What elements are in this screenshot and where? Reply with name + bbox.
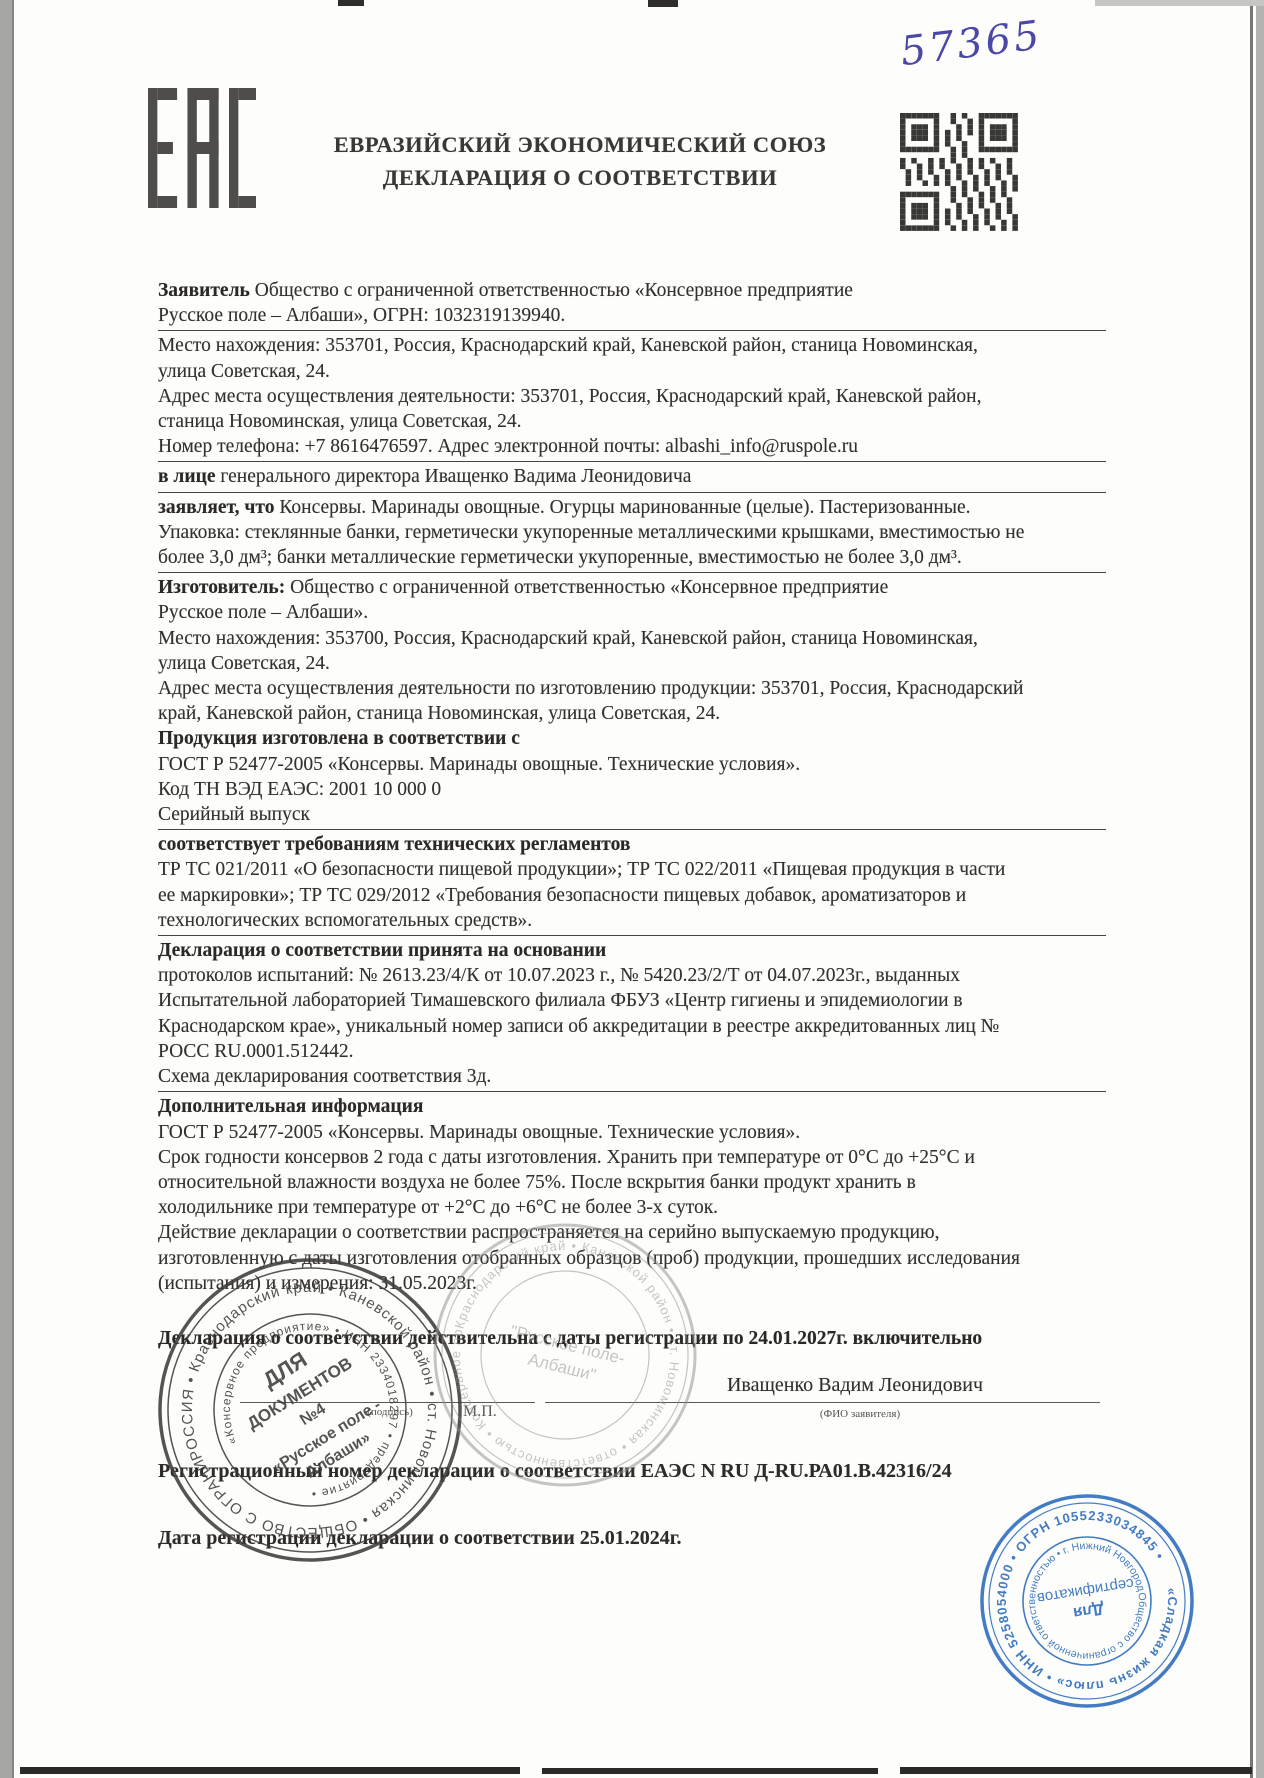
registration-date-line: Дата регистрации декларации о соответств… bbox=[158, 1527, 682, 1550]
title-line-2: ДЕКЛАРАЦИЯ О СООТВЕТСТВИИ bbox=[300, 161, 860, 194]
line-production-address-2: край, Каневской район, станица Новоминск… bbox=[158, 701, 1106, 726]
line-additional-gost: ГОСТ Р 52477-2005 «Консервы. Маринады ов… bbox=[158, 1120, 1106, 1145]
field-label: Декларация о соответствии принята на осн… bbox=[158, 940, 606, 961]
field-text: ГОСТ Р 52477-2005 «Консервы. Маринады ов… bbox=[158, 1122, 800, 1143]
field-text: Серийный выпуск bbox=[158, 804, 310, 825]
scan-line-left bbox=[12, 0, 14, 1778]
field-text: Упаковка: стеклянные банки, герметически… bbox=[158, 522, 1024, 543]
scan-mark-top bbox=[338, 0, 364, 6]
field-text: Общество с ограниченной ответственностью… bbox=[250, 280, 853, 301]
line-validity-scope-3: (испытания) и измерения: 31.05.2023г. bbox=[158, 1271, 1106, 1296]
field-text: Адрес места осуществления деятельности п… bbox=[158, 678, 1023, 699]
field-text: Консервы. Маринады овощные. Огурцы марин… bbox=[275, 497, 971, 518]
line-validity-scope-2: изготовленную с даты изготовления отобра… bbox=[158, 1246, 1106, 1271]
line-manufacturer-2: Русское поле – Албаши». bbox=[158, 600, 1106, 625]
line-location: Место нахождения: 353701, Россия, Красно… bbox=[158, 333, 1106, 358]
line-protocols-4: РОСС RU.0001.512442. bbox=[158, 1039, 1106, 1064]
field-label: Изготовитель: bbox=[158, 577, 285, 598]
line-activity-address-2: станица Новоминская, улица Советская, 24… bbox=[158, 409, 1106, 434]
scanned-declaration-page: { "colors": {"ink":"#33312d","stamp_blue… bbox=[0, 0, 1264, 1778]
field-text: край, Каневской район, станица Новоминск… bbox=[158, 703, 720, 724]
field-text: холодильнике при температуре от +2°С до … bbox=[158, 1197, 718, 1218]
line-declaration-scheme: Схема декларирования соответствия 3д. bbox=[158, 1064, 1106, 1092]
line-serial-production: Серийный выпуск bbox=[158, 802, 1106, 830]
field-text: Место нахождения: 353700, Россия, Красно… bbox=[158, 628, 978, 649]
applicant-name-caption: (ФИО заявителя) bbox=[700, 1408, 1020, 1420]
line-manufacturer-location: Место нахождения: 353700, Россия, Красно… bbox=[158, 626, 1106, 651]
field-text: протоколов испытаний: № 2613.23/4/К от 1… bbox=[158, 965, 960, 986]
field-text: более 3,0 дм³; банки металлические герме… bbox=[158, 547, 962, 568]
field-text: относительной влажности воздуха не более… bbox=[158, 1172, 916, 1193]
line-represented-by: в лице генерального директора Иващенко В… bbox=[158, 464, 1106, 492]
line-shelf-life: Срок годности консервов 2 года с даты из… bbox=[158, 1145, 1106, 1170]
field-label: Декларация о соответствии действительна … bbox=[158, 1328, 982, 1349]
scan-mark-top bbox=[1095, 0, 1264, 6]
field-text: станица Новоминская, улица Советская, 24… bbox=[158, 411, 521, 432]
line-applicant: Заявитель Общество с ограниченной ответс… bbox=[158, 278, 1106, 303]
line-declares: заявляет, что Консервы. Маринады овощные… bbox=[158, 495, 1106, 520]
line-production-address: Адрес места осуществления деятельности п… bbox=[158, 676, 1106, 701]
field-label: в лице bbox=[158, 466, 215, 487]
document-title: ЕВРАЗИЙСКИЙ ЭКОНОМИЧЕСКИЙ СОЮЗ ДЕКЛАРАЦИ… bbox=[300, 128, 860, 194]
field-text: улица Советская, 24. bbox=[158, 653, 330, 674]
field-text: РОСС RU.0001.512442. bbox=[158, 1041, 354, 1062]
scan-mark-top bbox=[648, 0, 678, 7]
eac-logo bbox=[148, 88, 256, 208]
field-text: ГОСТ Р 52477-2005 «Консервы. Маринады ов… bbox=[158, 754, 800, 775]
field-label: соответствует требованиям технических ре… bbox=[158, 834, 630, 855]
scan-edge-right bbox=[1256, 0, 1264, 1778]
line-manufacturer: Изготовитель: Общество с ограниченной от… bbox=[158, 575, 1106, 600]
line-shelf-life-3: холодильнике при температуре от +2°С до … bbox=[158, 1195, 1106, 1220]
line-packaging: Упаковка: стеклянные банки, герметически… bbox=[158, 520, 1106, 545]
line-basis-heading: Декларация о соответствии принята на осн… bbox=[158, 938, 1106, 963]
line-shelf-life-2: относительной влажности воздуха не более… bbox=[158, 1170, 1106, 1195]
field-text: ее маркировки»; ТР ТС 029/2012 «Требован… bbox=[158, 885, 966, 906]
field-text: генерального директора Иващенко Вадима Л… bbox=[215, 466, 691, 487]
line-additional-info-heading: Дополнительная информация bbox=[158, 1094, 1106, 1119]
field-label: Заявитель bbox=[158, 280, 250, 301]
line-protocols-2: Испытательной лабораторией Тимашевского … bbox=[158, 988, 1106, 1013]
field-text: Схема декларирования соответствия 3д. bbox=[158, 1066, 491, 1087]
line-validity-scope: Действие декларации о соответствии распр… bbox=[158, 1220, 1106, 1245]
line-complies: соответствует требованиям технических ре… bbox=[158, 832, 1106, 857]
line-protocols-3: Краснодарском крае», уникальный номер за… bbox=[158, 1014, 1106, 1039]
line-location-2: улица Советская, 24. bbox=[158, 359, 1106, 384]
field-text: Русское поле – Албаши». bbox=[158, 602, 368, 623]
field-text: технологических вспомогательных средств»… bbox=[158, 910, 532, 931]
field-text: улица Советская, 24. bbox=[158, 361, 330, 382]
line-tr-ts-3: технологических вспомогательных средств»… bbox=[158, 908, 1106, 936]
line-produced-accordance: Продукция изготовлена в соответствии с bbox=[158, 726, 1106, 751]
scan-line-right bbox=[1250, 0, 1253, 1778]
line-applicant-2: Русское поле – Албаши», ОГРН: 1032319139… bbox=[158, 303, 1106, 331]
signature-caption: (подпись) bbox=[330, 1406, 450, 1418]
field-text: Краснодарском крае», уникальный номер за… bbox=[158, 1016, 999, 1037]
field-label: Продукция изготовлена в соответствии с bbox=[158, 728, 520, 749]
title-line-1: ЕВРАЗИЙСКИЙ ЭКОНОМИЧЕСКИЙ СОЮЗ bbox=[300, 128, 860, 161]
scan-edge-bottom bbox=[542, 1768, 878, 1774]
scan-edge-left bbox=[0, 0, 12, 1778]
line-packaging-2: более 3,0 дм³; банки металлические герме… bbox=[158, 545, 1106, 573]
applicant-name: Иващенко Вадим Леонидович bbox=[640, 1374, 1070, 1397]
document-body: Заявитель Общество с ограниченной ответс… bbox=[158, 278, 1106, 1351]
field-text: Русское поле – Албаши», ОГРН: 1032319139… bbox=[158, 305, 565, 326]
field-text: Срок годности консервов 2 года с даты из… bbox=[158, 1147, 975, 1168]
line-tr-ts-2: ее маркировки»; ТР ТС 029/2012 «Требован… bbox=[158, 883, 1106, 908]
name-line bbox=[545, 1402, 1100, 1403]
field-text: Испытательной лабораторией Тимашевского … bbox=[158, 990, 963, 1011]
field-label: заявляет, что bbox=[158, 497, 275, 518]
line-phone-email: Номер телефона: +7 8616476597. Адрес эле… bbox=[158, 434, 1106, 462]
line-tnved-code: Код ТН ВЭД ЕАЭС: 2001 10 000 0 bbox=[158, 777, 1106, 802]
registration-number-line: Регистрационный номер декларации о соотв… bbox=[158, 1460, 952, 1483]
line-manufacturer-location-2: улица Советская, 24. bbox=[158, 651, 1106, 676]
field-text: (испытания) и измерения: 31.05.2023г. bbox=[158, 1273, 477, 1294]
mp-label: М.П. bbox=[463, 1403, 497, 1421]
field-text: Общество с ограниченной ответственностью… bbox=[285, 577, 888, 598]
scan-edge-bottom bbox=[900, 1767, 1252, 1774]
line-protocols: протоколов испытаний: № 2613.23/4/К от 1… bbox=[158, 963, 1106, 988]
line-activity-address: Адрес места осуществления деятельности: … bbox=[158, 384, 1106, 409]
field-text: ТР ТС 021/2011 «О безопасности пищевой п… bbox=[158, 859, 1005, 880]
scan-edge-bottom bbox=[20, 1767, 520, 1774]
field-text: Код ТН ВЭД ЕАЭС: 2001 10 000 0 bbox=[158, 779, 441, 800]
field-text: Место нахождения: 353701, Россия, Красно… bbox=[158, 335, 978, 356]
line-gost: ГОСТ Р 52477-2005 «Консервы. Маринады ов… bbox=[158, 752, 1106, 777]
field-label: Дополнительная информация bbox=[158, 1096, 423, 1117]
field-text: Номер телефона: +7 8616476597. Адрес эле… bbox=[158, 436, 858, 457]
field-text: Действие декларации о соответствии распр… bbox=[158, 1222, 940, 1243]
line-tr-ts: ТР ТС 021/2011 «О безопасности пищевой п… bbox=[158, 857, 1106, 882]
line-validity-statement: Декларация о соответствии действительна … bbox=[158, 1326, 1106, 1351]
field-text: Адрес места осуществления деятельности: … bbox=[158, 386, 982, 407]
qr-code-icon bbox=[900, 113, 1018, 231]
field-text: изготовленную с даты изготовления отобра… bbox=[158, 1248, 1020, 1269]
